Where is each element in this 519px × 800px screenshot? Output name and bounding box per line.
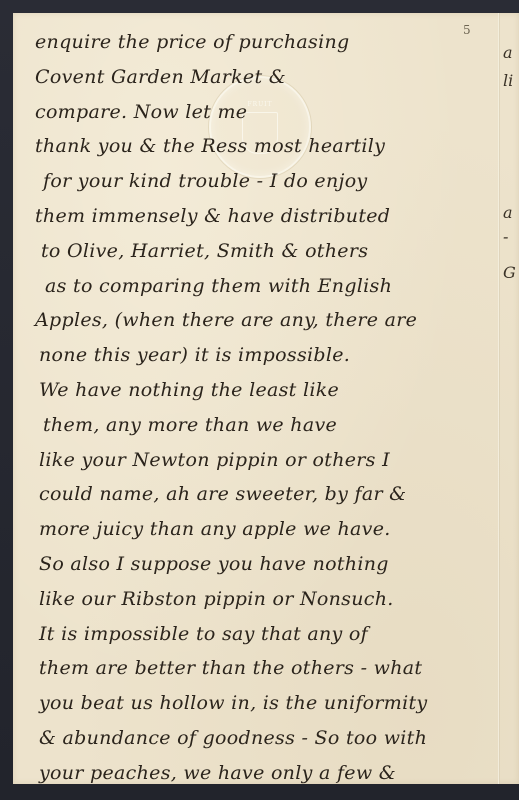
letter-line: compare. Now let me [35, 101, 247, 123]
letter-line: them immensely & have distributed [35, 205, 390, 227]
letter-line: thank you & the Ress most heartily [35, 135, 385, 157]
letter-line: as to comparing them with English [45, 275, 392, 297]
next-page-fragment: G [503, 263, 516, 282]
letter-line: you beat us hollow in, is the uniformity [39, 692, 427, 714]
letter-line: more juicy than any apple we have. [39, 518, 391, 540]
letter-line: So also I suppose you have nothing [39, 553, 389, 575]
letter-line: Covent Garden Market & [35, 66, 286, 88]
letter-line: them, any more than we have [43, 414, 337, 436]
letter-sheet: 5 FRUIT enquire the price of purchasing … [13, 13, 519, 784]
letter-line: your peaches, we have only a few & [39, 762, 396, 784]
page-fold [498, 13, 500, 784]
letter-line: could name, ah are sweeter, by far & [39, 483, 406, 505]
letter-line: to Olive, Harriet, Smith & others [41, 240, 368, 262]
next-page-fragment: - [503, 227, 508, 246]
next-page-fragment: a [503, 43, 513, 62]
letter-body: enquire the price of purchasing Covent G… [13, 13, 519, 784]
letter-line: them are better than the others - what [39, 657, 422, 679]
letter-line: none this year) it is impossible. [39, 344, 350, 366]
letter-line: for your kind trouble - I do enjoy [43, 170, 367, 192]
letter-line: It is impossible to say that any of [39, 623, 368, 645]
letter-line: enquire the price of purchasing [35, 31, 349, 53]
next-page-fragment: a [503, 203, 513, 222]
letter-line: like your Newton pippin or others I [39, 449, 390, 471]
next-page-fragment: li [503, 71, 513, 90]
next-page-edge: a li a - G [501, 13, 519, 784]
letter-line: like our Ribston pippin or Nonsuch. [39, 588, 394, 610]
letter-line: & abundance of goodness - So too with [39, 727, 427, 749]
letter-line: Apples, (when there are any, there are [35, 309, 417, 331]
letter-line: We have nothing the least like [39, 379, 339, 401]
